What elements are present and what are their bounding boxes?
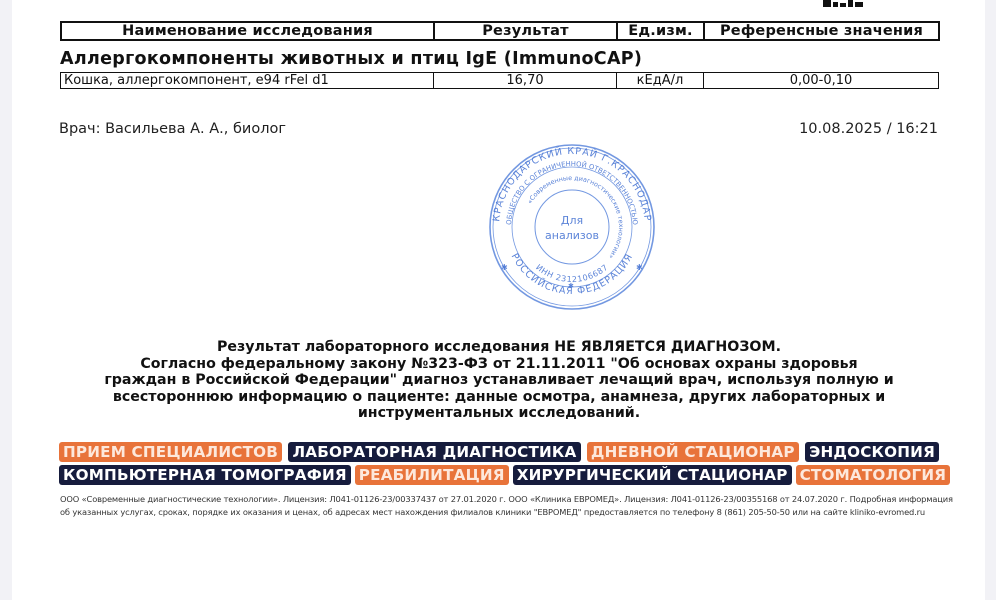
svg-text:РОССИЙСКАЯ ФЕДЕРАЦИЯ: РОССИЙСКАЯ ФЕДЕРАЦИЯ bbox=[509, 252, 636, 297]
cell-result: 16,70 bbox=[434, 73, 617, 89]
clinic-services-banner: ПРИЕМ СПЕЦИАЛИСТОВ ЛАБОРАТОРНАЯ ДИАГНОСТ… bbox=[59, 442, 939, 488]
table-row: Кошка, аллергокомпонент, e94 rFel d1 16,… bbox=[61, 73, 939, 89]
stamp-outer-top: КРАСНОДАРСКИЙ КРАЙ Г.КРАСНОДАР bbox=[491, 146, 653, 223]
header-result: Результат bbox=[434, 22, 617, 40]
doctor-name: Врач: Васильева А. А., биолог bbox=[59, 121, 286, 137]
disclaimer-line: граждан в Российской Федерации" диагноз … bbox=[60, 372, 938, 389]
svg-text:✱: ✱ bbox=[568, 282, 574, 290]
legal-footer: ООО «Современные диагностические техноло… bbox=[60, 493, 940, 519]
diagnosis-disclaimer: Результат лабораторного исследования НЕ … bbox=[60, 339, 938, 422]
disclaimer-line: всестороннюю информацию о пациенте: данн… bbox=[60, 389, 938, 406]
lab-report-page: Наименование исследования Результат Ед.и… bbox=[12, 0, 985, 600]
results-table: Кошка, аллергокомпонент, e94 rFel d1 16,… bbox=[60, 72, 939, 89]
results-table-header: Наименование исследования Результат Ед.и… bbox=[60, 21, 940, 41]
legal-line: ООО «Современные диагностические техноло… bbox=[60, 493, 940, 506]
stamp-center-line2: анализов bbox=[545, 229, 599, 242]
section-title: Аллергокомпоненты животных и птиц IgE (I… bbox=[60, 48, 642, 70]
report-datetime: 10.08.2025 / 16:21 bbox=[799, 121, 938, 137]
svg-text:✱: ✱ bbox=[636, 263, 643, 272]
legal-line: об указанных услугах, сроках, порядке их… bbox=[60, 506, 940, 519]
cell-unit: кЕдА/л bbox=[617, 73, 704, 89]
service-ct: КОМПЬЮТЕРНАЯ ТОМОГРАФИЯ bbox=[59, 465, 351, 485]
stamp-center-line1: Для bbox=[561, 214, 583, 227]
header-reference: Референсные значения bbox=[704, 22, 939, 40]
service-dentistry: СТОМАТОЛОГИЯ bbox=[796, 465, 951, 485]
service-endoscopy: ЭНДОСКОПИЯ bbox=[805, 442, 939, 462]
header-unit: Ед.изм. bbox=[617, 22, 704, 40]
service-rehabilitation: РЕАБИЛИТАЦИЯ bbox=[355, 465, 509, 485]
svg-text:КРАСНОДАРСКИЙ КРАЙ Г.КРАСНОДАР: КРАСНОДАРСКИЙ КРАЙ Г.КРАСНОДАР bbox=[491, 146, 653, 223]
service-day-hospital: ДНЕВНОЙ СТАЦИОНАР bbox=[587, 442, 799, 462]
organization-stamp: КРАСНОДАРСКИЙ КРАЙ Г.КРАСНОДАР РОССИЙСКА… bbox=[487, 142, 657, 312]
disclaimer-line: Результат лабораторного исследования НЕ … bbox=[60, 339, 938, 356]
service-laboratory: ЛАБОРАТОРНАЯ ДИАГНОСТИКА bbox=[288, 442, 580, 462]
service-specialists: ПРИЕМ СПЕЦИАЛИСТОВ bbox=[59, 442, 282, 462]
disclaimer-line: Согласно федеральному закону №323-ФЗ от … bbox=[60, 356, 938, 373]
qr-code-fragment bbox=[823, 0, 863, 8]
stamp-outer-bottom: РОССИЙСКАЯ ФЕДЕРАЦИЯ bbox=[509, 252, 636, 297]
svg-text:✱: ✱ bbox=[501, 263, 508, 272]
header-test-name: Наименование исследования bbox=[61, 22, 434, 40]
disclaimer-line: инструментальных исследований. bbox=[60, 405, 938, 422]
cell-reference: 0,00-0,10 bbox=[704, 73, 939, 89]
service-surgery: ХИРУРГИЧЕСКИЙ СТАЦИОНАР bbox=[513, 465, 792, 485]
cell-test-name: Кошка, аллергокомпонент, e94 rFel d1 bbox=[61, 73, 434, 89]
